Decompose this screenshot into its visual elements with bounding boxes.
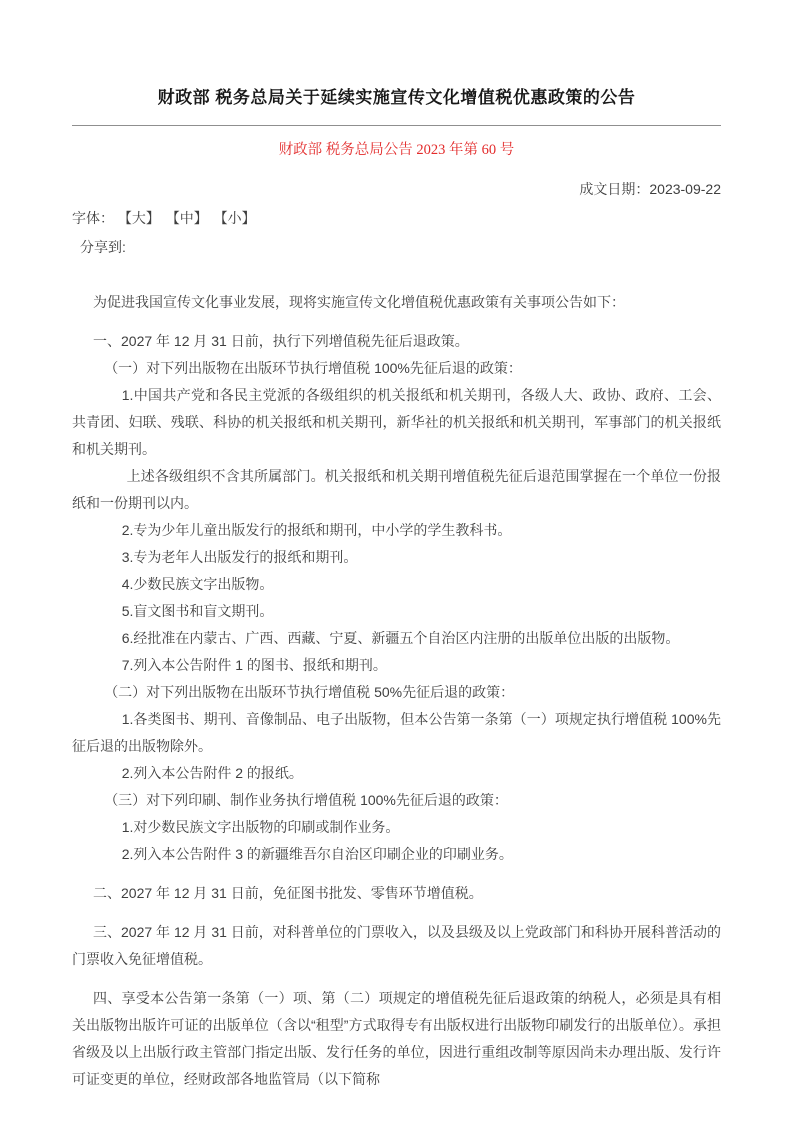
paragraph: 1.各类图书、期刊、音像制品、电子出版物，但本公告第一条第（一）项规定执行增值税… xyxy=(72,706,721,760)
date-value: 2023-09-22 xyxy=(649,181,721,197)
paragraph: （三）对下列印刷、制作业务执行增值税 100%先征后退的政策： xyxy=(72,787,721,814)
paragraph: （一）对下列出版物在出版环节执行增值税 100%先征后退的政策： xyxy=(72,355,721,382)
document-body: 为促进我国宣传文化事业发展，现将实施宣传文化增值税优惠政策有关事项公告如下：一、… xyxy=(72,289,721,1093)
document-page: 财政部 税务总局关于延续实施宣传文化增值税优惠政策的公告 财政部 税务总局公告 … xyxy=(0,0,793,1122)
paragraph: 一、2027 年 12 月 31 日前，执行下列增值税先征后退政策。 xyxy=(72,328,721,355)
paragraph: 三、2027 年 12 月 31 日前，对科普单位的门票收入，以及县级及以上党政… xyxy=(72,919,721,973)
font-size-large-button[interactable]: 【大】 xyxy=(118,210,160,226)
date-label: 成文日期： xyxy=(579,181,649,197)
paragraph: （二）对下列出版物在出版环节执行增值税 50%先征后退的政策： xyxy=(72,679,721,706)
paragraph: 2.专为少年儿童出版发行的报纸和期刊，中小学的学生教科书。 xyxy=(72,517,721,544)
paragraph: 为促进我国宣传文化事业发展，现将实施宣传文化增值税优惠政策有关事项公告如下： xyxy=(72,289,721,316)
share-label: 分享到: xyxy=(80,239,126,255)
paragraph: 四、享受本公告第一条第（一）项、第（二）项规定的增值税先征后退政策的纳税人，必须… xyxy=(72,985,721,1093)
paragraph: 1.中国共产党和各民主党派的各级组织的机关报纸和机关期刊，各级人大、政协、政府、… xyxy=(72,382,721,463)
date-row: 成文日期：2023-09-22 xyxy=(72,180,721,198)
paragraph: 3.专为老年人出版发行的报纸和期刊。 xyxy=(72,544,721,571)
paragraph: 二、2027 年 12 月 31 日前，免征图书批发、零售环节增值税。 xyxy=(72,880,721,907)
paragraph: 上述各级组织不含其所属部门。机关报纸和机关期刊增值税先征后退范围掌握在一个单位一… xyxy=(72,463,721,517)
paragraph: 4.少数民族文字出版物。 xyxy=(72,571,721,598)
doc-number: 财政部 税务总局公告 2023 年第 60 号 xyxy=(72,141,721,159)
paragraph: 2.列入本公告附件 2 的报纸。 xyxy=(72,760,721,787)
font-label: 字体： xyxy=(72,210,114,226)
paragraph: 6.经批准在内蒙古、广西、西藏、宁夏、新疆五个自治区内注册的出版单位出版的出版物… xyxy=(72,625,721,652)
paragraph: 7.列入本公告附件 1 的图书、报纸和期刊。 xyxy=(72,652,721,679)
font-size-controls: 字体： 【大】 【中】 【小】 xyxy=(72,209,721,227)
font-size-medium-button[interactable]: 【中】 xyxy=(166,210,208,226)
paragraph: 5.盲文图书和盲文期刊。 xyxy=(72,598,721,625)
title-divider xyxy=(72,125,721,126)
page-title: 财政部 税务总局关于延续实施宣传文化增值税优惠政策的公告 xyxy=(72,88,721,108)
font-size-small-button[interactable]: 【小】 xyxy=(214,210,256,226)
paragraph: 1.对少数民族文字出版物的印刷或制作业务。 xyxy=(72,814,721,841)
paragraph: 2.列入本公告附件 3 的新疆维吾尔自治区印刷企业的印刷业务。 xyxy=(72,841,721,868)
share-row: 分享到: xyxy=(72,238,721,256)
